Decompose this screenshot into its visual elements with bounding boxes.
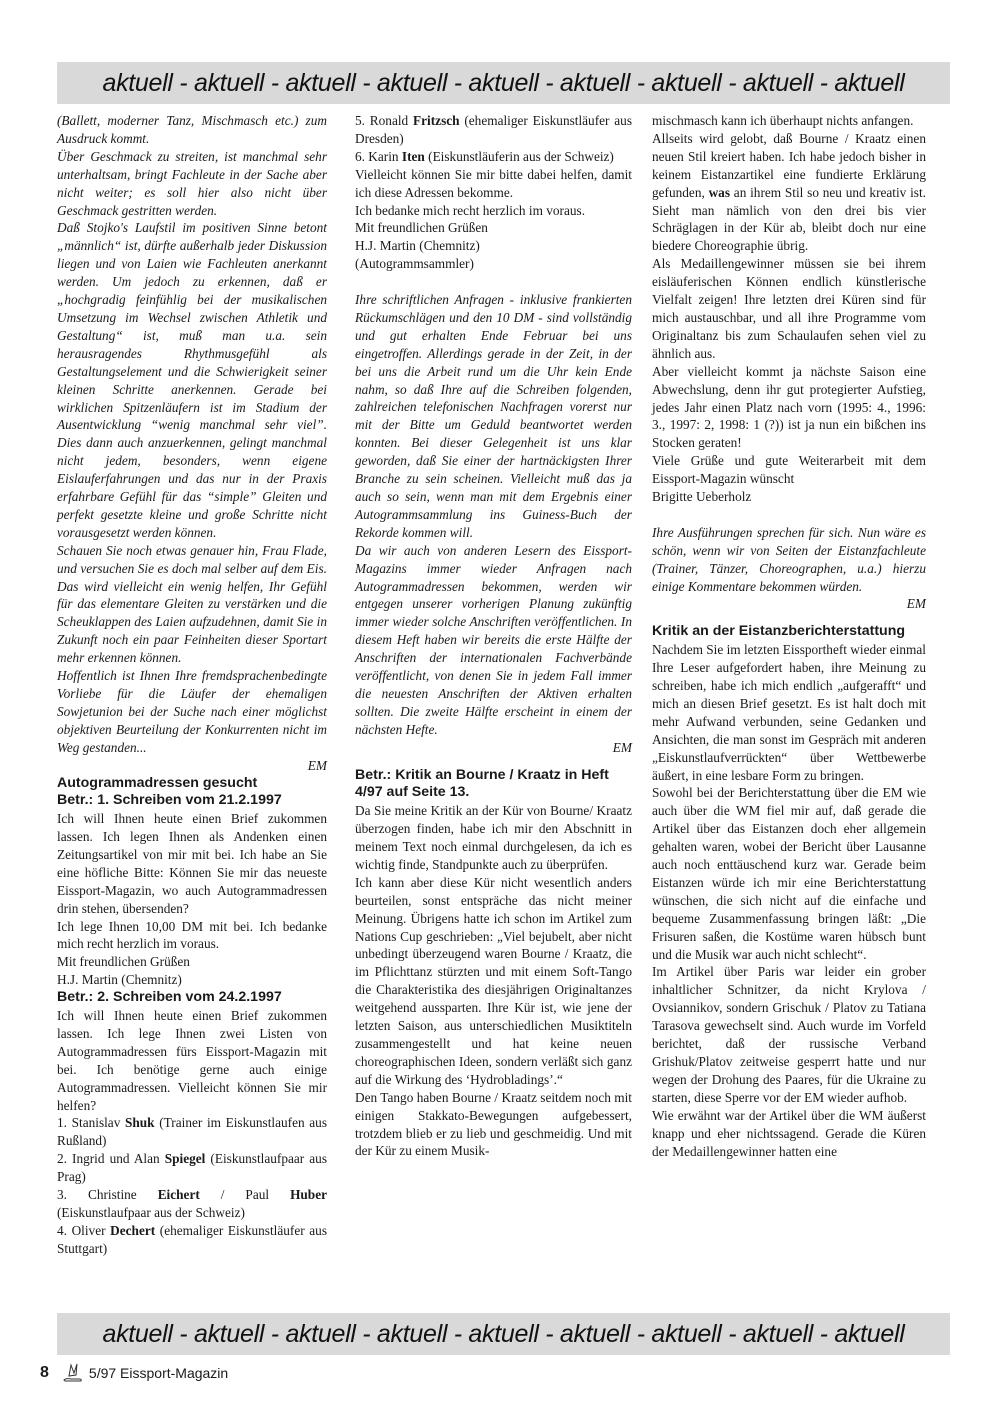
paragraph: Daß Stojko's Laufstil im positiven Sinne… bbox=[57, 219, 327, 541]
column-2: 5. Ronald Fritzsch (ehemaliger Eiskunstl… bbox=[355, 112, 632, 1160]
list-item: 1. Stanislav Shuk (Trainer im Eiskunstla… bbox=[57, 1114, 327, 1150]
page-number: 8 bbox=[40, 1364, 49, 1382]
closing: Mit freundlichen Grüßen bbox=[355, 219, 632, 237]
list-item: 6. Karin Iten (Eiskunstläuferin aus der … bbox=[355, 148, 632, 166]
paragraph: Ich bedanke mich recht herzlich im vorau… bbox=[355, 202, 632, 220]
paragraph: Ich kann aber diese Kür nicht wesentlich… bbox=[355, 874, 632, 1089]
list-item: 3. Christine Eichert / Paul Huber (Eisku… bbox=[57, 1186, 327, 1222]
paragraph: Sowohl bei der Berichterstattung über di… bbox=[652, 784, 926, 963]
author-name: H.J. Martin (Chemnitz) bbox=[355, 237, 632, 255]
author-name: H.J. Martin (Chemnitz) bbox=[57, 971, 327, 989]
paragraph: Über Geschmack zu streiten, ist manchmal… bbox=[57, 148, 327, 220]
paragraph: Vielleicht können Sie mir bitte dabei he… bbox=[355, 166, 632, 202]
paragraph: Aber vielleicht kommt ja nächste Saison … bbox=[652, 363, 926, 453]
paragraph: Nachdem Sie im letzten Eissportheft wied… bbox=[652, 641, 926, 784]
editor-reply: Ihre schriftlichen Anfragen - inklusive … bbox=[355, 291, 632, 542]
editor-reply: Da wir auch von anderen Lesern des Eissp… bbox=[355, 542, 632, 739]
paragraph: Den Tango haben Bourne / Kraatz seitdem … bbox=[355, 1089, 632, 1161]
letter-subject: Betr.: 2. Schreiben vom 24.2.1997 bbox=[57, 989, 327, 1007]
paragraph: Schauen Sie noch etwas genauer hin, Frau… bbox=[57, 542, 327, 667]
paragraph: (Ballett, moderner Tanz, Mischmasch etc.… bbox=[57, 112, 327, 148]
closing: Mit freundlichen Grüßen bbox=[57, 953, 327, 971]
paragraph: Ich lege Ihnen 10,00 DM mit bei. Ich bed… bbox=[57, 918, 327, 954]
list-item: 2. Ingrid und Alan Spiegel (Eiskunstlauf… bbox=[57, 1150, 327, 1186]
paragraph: Ich will Ihnen heute einen Brief zukomme… bbox=[57, 1007, 327, 1114]
section-heading: Kritik an der Eistanzberichterstattung bbox=[652, 623, 926, 641]
page-footer: 8 5/97 Eissport-Magazin bbox=[40, 1362, 228, 1384]
paragraph: mischmasch kann ich überhaupt nichts anf… bbox=[652, 112, 926, 130]
skate-logo-icon bbox=[61, 1362, 85, 1384]
paragraph: Allseits wird gelobt, daß Bourne / Kraat… bbox=[652, 130, 926, 255]
paragraph: Im Artikel über Paris war leider ein gro… bbox=[652, 963, 926, 1106]
author-role: (Autogrammsammler) bbox=[355, 255, 632, 273]
editor-signature: EM bbox=[57, 757, 327, 775]
paragraph: Wie erwähnt war der Artikel über die WM … bbox=[652, 1107, 926, 1161]
paragraph: Da Sie meine Kritik an der Kür von Bourn… bbox=[355, 802, 632, 874]
column-1: (Ballett, moderner Tanz, Mischmasch etc.… bbox=[57, 112, 327, 1258]
issue-label: 5/97 Eissport-Magazin bbox=[89, 1365, 228, 1381]
paragraph: Als Medaillengewinner müssen sie bei ihr… bbox=[652, 255, 926, 362]
bottom-banner: aktuell - aktuell - aktuell - aktuell - … bbox=[57, 1313, 950, 1355]
paragraph: Viele Grüße und gute Weiterarbeit mit de… bbox=[652, 452, 926, 488]
column-3: mischmasch kann ich überhaupt nichts anf… bbox=[652, 112, 926, 1160]
author-name: Brigitte Ueberholz bbox=[652, 488, 926, 506]
top-banner: aktuell - aktuell - aktuell - aktuell - … bbox=[57, 62, 950, 104]
letter-subject: Betr.: 1. Schreiben vom 21.2.1997 bbox=[57, 792, 327, 810]
editor-signature: EM bbox=[652, 595, 926, 613]
paragraph: Ich will Ihnen heute einen Brief zukomme… bbox=[57, 810, 327, 917]
letter-subject: Betr.: Kritik an Bourne / Kraatz in Heft… bbox=[355, 767, 632, 803]
paragraph: Hoffentlich ist Ihnen Ihre fremdsprachen… bbox=[57, 667, 327, 757]
editor-reply: Ihre Ausführungen sprechen für sich. Nun… bbox=[652, 524, 926, 596]
list-item: 4. Oliver Dechert (ehemaliger Eiskunstlä… bbox=[57, 1222, 327, 1258]
editor-signature: EM bbox=[355, 739, 632, 757]
list-item: 5. Ronald Fritzsch (ehemaliger Eiskunstl… bbox=[355, 112, 632, 148]
section-heading: Autogrammadressen gesucht bbox=[57, 775, 327, 793]
